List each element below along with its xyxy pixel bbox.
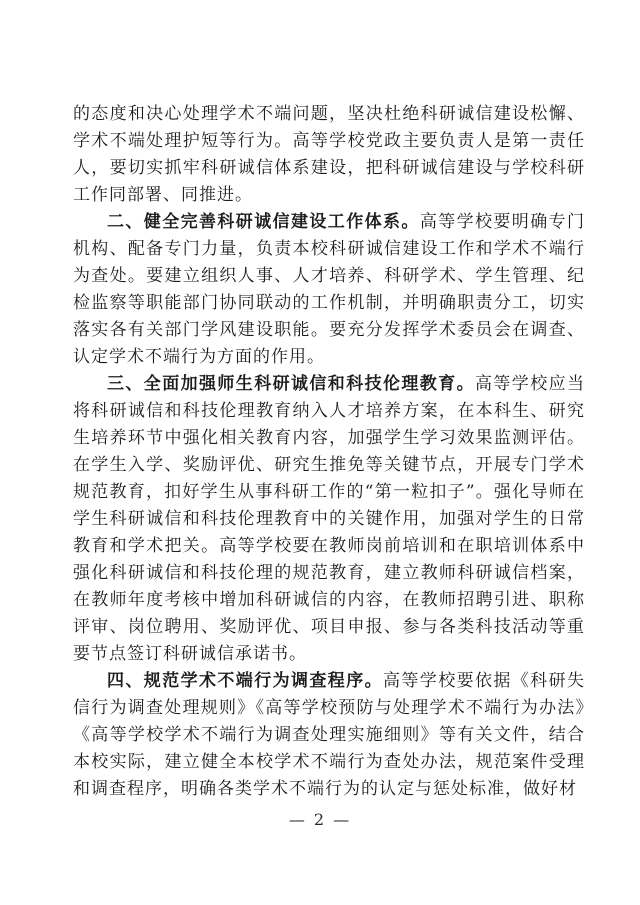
paragraph-text: 高等学校应当将科研诚信和科技伦理教育纳入人才培养方案，在本科生、研究生培养环节中…: [73, 374, 585, 664]
paragraph-heading: 四、规范学术不端行为调查程序。: [107, 671, 383, 691]
document-body: 的态度和决心处理学术不端问题，坚决杜绝科研诚信建设松懈、学术不端处理护短等行为。…: [73, 101, 585, 803]
paragraph-text: 高等学校要明确专门机构、配备专门力量，负责本校科研诚信建设工作和学术不端行为查处…: [73, 212, 585, 367]
paragraph: 三、全面加强师生科研诚信和科技伦理教育。高等学校应当将科研诚信和科技伦理教育纳入…: [73, 371, 585, 668]
paragraph: 的态度和决心处理学术不端问题，坚决杜绝科研诚信建设松懈、学术不端处理护短等行为。…: [73, 101, 585, 209]
paragraph: 四、规范学术不端行为调查程序。高等学校要依据《科研失信行为调查处理规则》《高等学…: [73, 668, 585, 803]
page-number: — 2 —: [0, 810, 640, 829]
document-page: 的态度和决心处理学术不端问题，坚决杜绝科研诚信建设松懈、学术不端处理护短等行为。…: [0, 0, 640, 905]
paragraph-heading: 三、全面加强师生科研诚信和科技伦理教育。: [107, 374, 475, 394]
paragraph-heading: 二、健全完善科研诚信建设工作体系。: [107, 212, 420, 232]
paragraph-text: 的态度和决心处理学术不端问题，坚决杜绝科研诚信建设松懈、学术不端处理护短等行为。…: [73, 104, 585, 205]
paragraph: 二、健全完善科研诚信建设工作体系。高等学校要明确专门机构、配备专门力量，负责本校…: [73, 209, 585, 371]
